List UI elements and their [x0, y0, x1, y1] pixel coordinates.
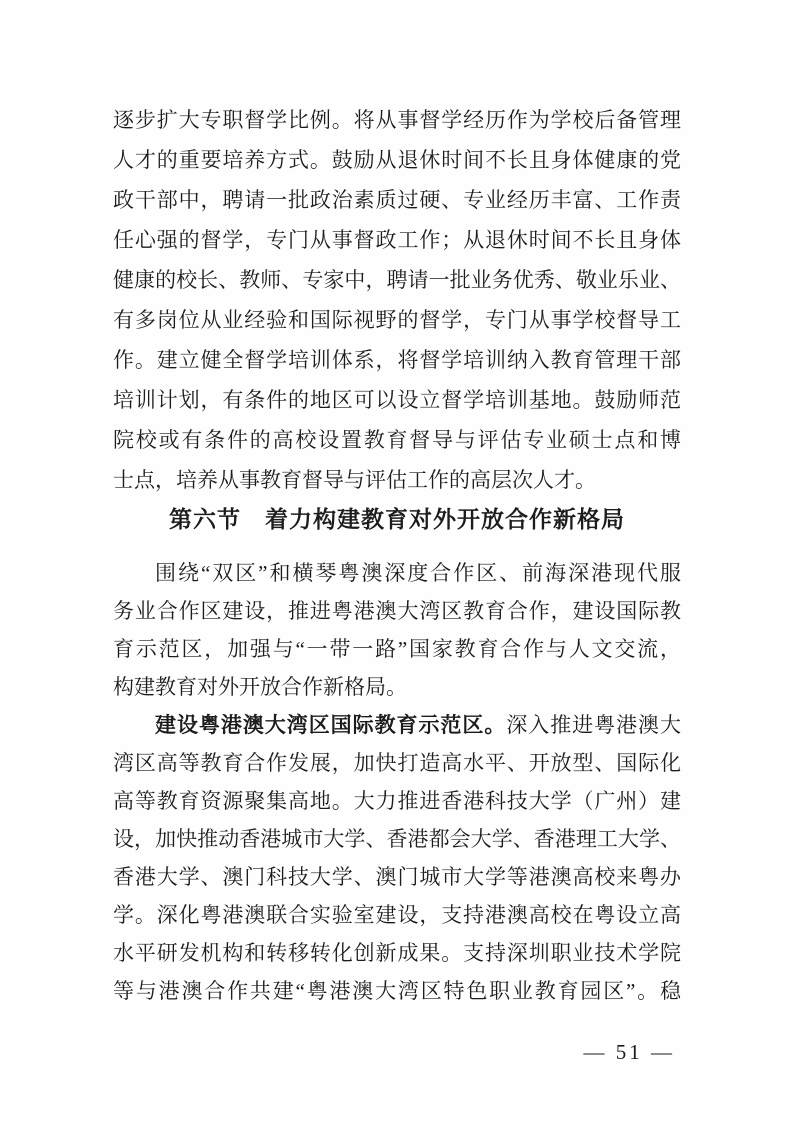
- text-line: 政干部中，聘请一批政治素质过硬、专业经历丰富、工作责: [113, 180, 681, 220]
- section-heading: 第六节 着力构建教育对外开放合作新格局: [113, 500, 681, 540]
- text-line: 构建教育对外开放合作新格局。: [113, 668, 681, 706]
- text-line: 等与港澳合作共建“粤港澳大湾区特色职业教育园区”。稳: [113, 972, 681, 1010]
- text-line: 建设粤港澳大湾区国际教育示范区。深入推进粤港澳大: [113, 706, 681, 744]
- text-line: 健康的校长、教师、专家中，聘请一批业务优秀、敬业乐业、: [113, 260, 681, 300]
- text-line: 育示范区，加强与“一带一路”国家教育合作与人文交流，: [113, 630, 681, 668]
- text-line: 有多岗位从业经验和国际视野的督学，专门从事学校督导工: [113, 300, 681, 340]
- text-line: 人才的重要培养方式。鼓励从退休时间不长且身体健康的党: [113, 140, 681, 180]
- paragraph-greater-bay: 建设粤港澳大湾区国际教育示范区。深入推进粤港澳大 湾区高等教育合作发展，加快打造…: [113, 706, 681, 1010]
- page-number: — 51 —: [584, 1040, 676, 1065]
- text-line: 设，加快推动香港城市大学、香港都会大学、香港理工大学、: [113, 820, 681, 858]
- text-line: 学。深化粤港澳联合实验室建设，支持港澳高校在粤设立高: [113, 896, 681, 934]
- paragraph-supervision: 逐步扩大专职督学比例。将从事督学经历作为学校后备管理 人才的重要培养方式。鼓励从…: [113, 100, 681, 500]
- text-line: 士点，培养从事教育督导与评估工作的高层次人才。: [113, 460, 681, 500]
- paragraph-bold-lead: 建设粤港澳大湾区国际教育示范区。: [155, 713, 506, 737]
- text-line: 高等教育资源聚集高地。大力推进香港科技大学（广州）建: [113, 782, 681, 820]
- document-page: 逐步扩大专职督学比例。将从事督学经历作为学校后备管理 人才的重要培养方式。鼓励从…: [0, 0, 793, 1122]
- text-line: 湾区高等教育合作发展，加快打造高水平、开放型、国际化: [113, 744, 681, 782]
- text-line: 香港大学、澳门科技大学、澳门城市大学等港澳高校来粤办: [113, 858, 681, 896]
- text-line: 作。建立健全督学培训体系，将督学培训纳入教育管理干部: [113, 340, 681, 380]
- text-line: 任心强的督学，专门从事督政工作；从退休时间不长且身体: [113, 220, 681, 260]
- page-body-text: 逐步扩大专职督学比例。将从事督学经历作为学校后备管理 人才的重要培养方式。鼓励从…: [113, 100, 681, 1010]
- text-line: 务业合作区建设，推进粤港澳大湾区教育合作，建设国际教: [113, 592, 681, 630]
- text-line: 培训计划，有条件的地区可以设立督学培训基地。鼓励师范: [113, 380, 681, 420]
- text-line: 逐步扩大专职督学比例。将从事督学经历作为学校后备管理: [113, 100, 681, 140]
- text-line: 水平研发机构和转移转化创新成果。支持深圳职业技术学院: [113, 934, 681, 972]
- text-line: 院校或有条件的高校设置教育督导与评估专业硕士点和博: [113, 420, 681, 460]
- text-line: 围绕“双区”和横琴粤澳深度合作区、前海深港现代服: [113, 554, 681, 592]
- paragraph-lead-rest: 深入推进粤港澳大: [506, 713, 681, 737]
- paragraph-section6-intro: 围绕“双区”和横琴粤澳深度合作区、前海深港现代服 务业合作区建设，推进粤港澳大湾…: [113, 554, 681, 706]
